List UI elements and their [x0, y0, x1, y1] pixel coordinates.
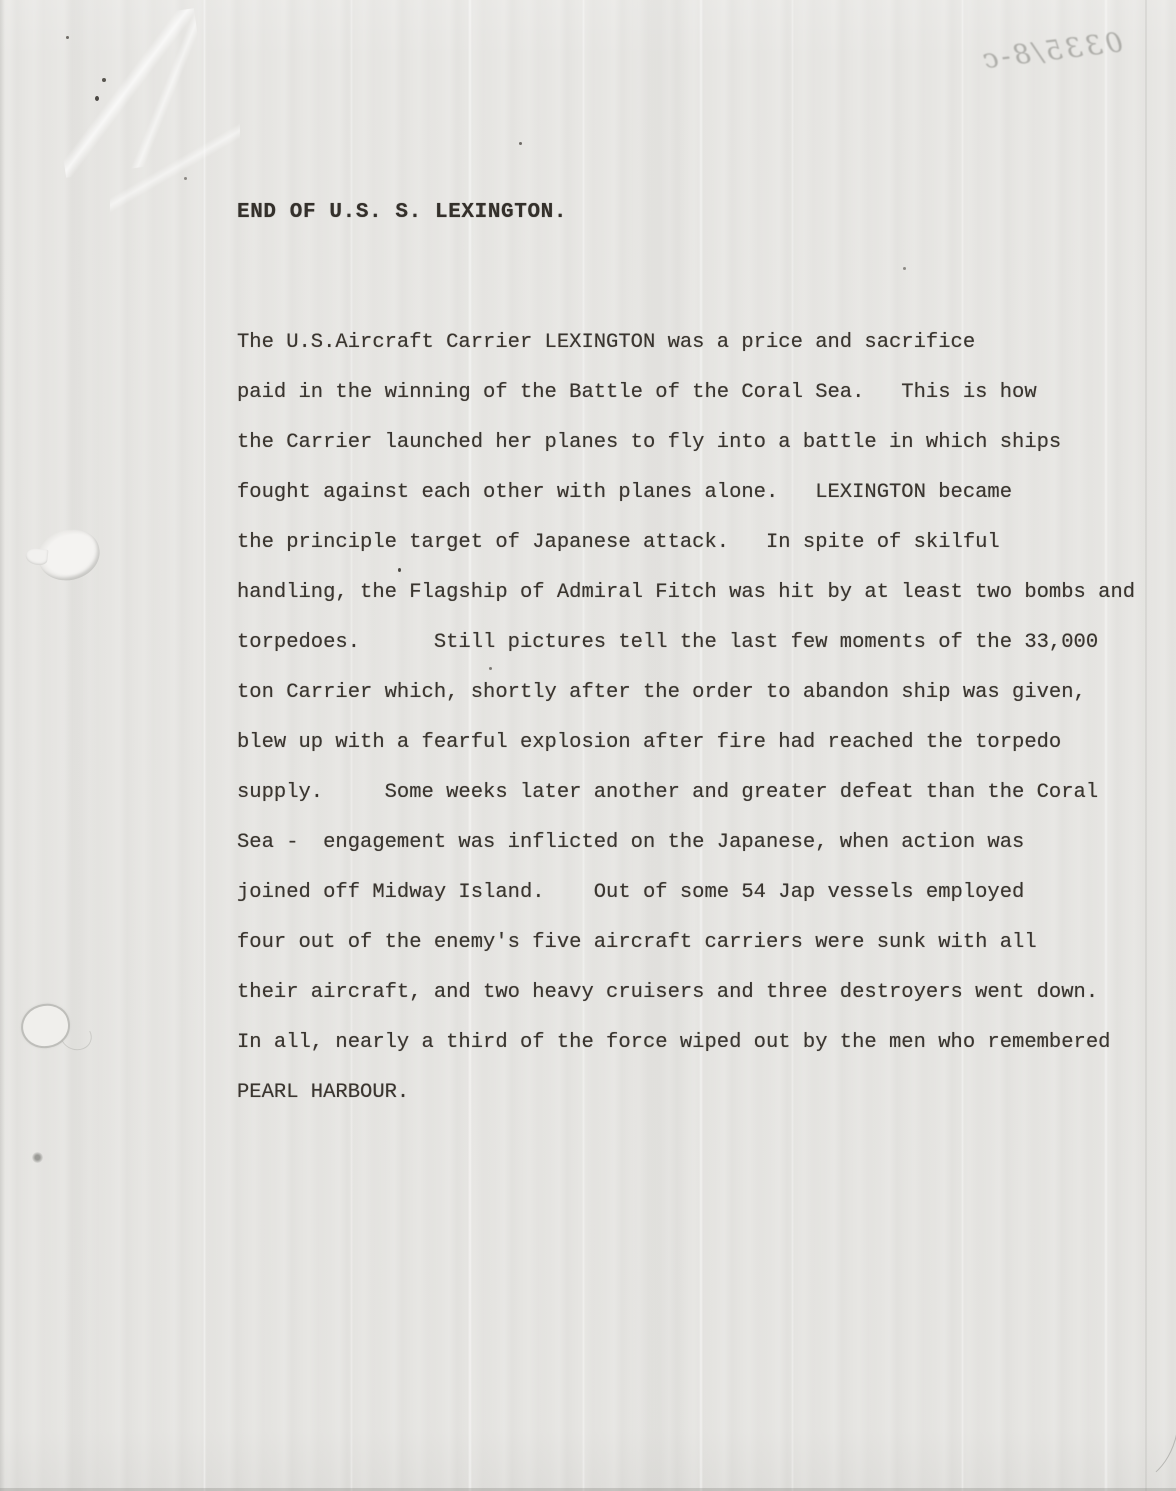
text-line: handling, the Flagship of Admiral Fitch …: [237, 568, 1166, 618]
text-line: supply. Some weeks later another and gre…: [237, 768, 1166, 818]
paper-speck: [519, 142, 522, 145]
text-line: PEARL HARBOUR.: [237, 1068, 1166, 1118]
paper-speck: [102, 78, 106, 82]
document-body: The U.S.Aircraft Carrier LEXINGTON was a…: [237, 318, 1166, 1118]
text-line: torpedoes. Still pictures tell the last …: [237, 618, 1166, 668]
text-line: the Carrier launched her planes to fly i…: [237, 418, 1166, 468]
paper-smudge: [32, 1152, 43, 1163]
corner-crease: [110, 110, 240, 230]
text-line: four out of the enemy's five aircraft ca…: [237, 918, 1166, 968]
text-line: their aircraft, and two heavy cruisers a…: [237, 968, 1166, 1018]
text-line: blew up with a fearful explosion after f…: [237, 718, 1166, 768]
text-line: the principle target of Japanese attack.…: [237, 518, 1166, 568]
text-line: paid in the winning of the Battle of the…: [237, 368, 1166, 418]
paper-speck: [184, 177, 187, 180]
paper-speck: [66, 36, 69, 39]
scan-streak: [60, 0, 100, 1491]
text-line: The U.S.Aircraft Carrier LEXINGTON was a…: [237, 318, 1166, 368]
paper-speck: [95, 96, 99, 101]
scan-streak: [203, 0, 206, 1491]
corner-scratch: [1124, 1422, 1176, 1490]
paper-stain-arc: [56, 1017, 96, 1054]
text-line: joined off Midway Island. Out of some 54…: [237, 868, 1166, 918]
text-line: In all, nearly a third of the force wipe…: [237, 1018, 1166, 1068]
scanned-document-page: 0335/8-c END OF U.S. S. LEXINGTON. The U…: [0, 0, 1176, 1491]
paper-speck: [903, 267, 906, 270]
text-line: fought against each other with planes al…: [237, 468, 1166, 518]
pencil-annotation: 0335/8-c: [942, 27, 1128, 108]
page-left-edge: [0, 0, 5, 1491]
document-title: END OF U.S. S. LEXINGTON.: [237, 201, 567, 224]
paper-stain-ring: [18, 1001, 73, 1051]
text-line: Sea - engagement was inflicted on the Ja…: [237, 818, 1166, 868]
corner-crease: [45, 8, 214, 177]
paper-stain: [33, 524, 104, 586]
text-line: ton Carrier which, shortly after the ord…: [237, 668, 1166, 718]
